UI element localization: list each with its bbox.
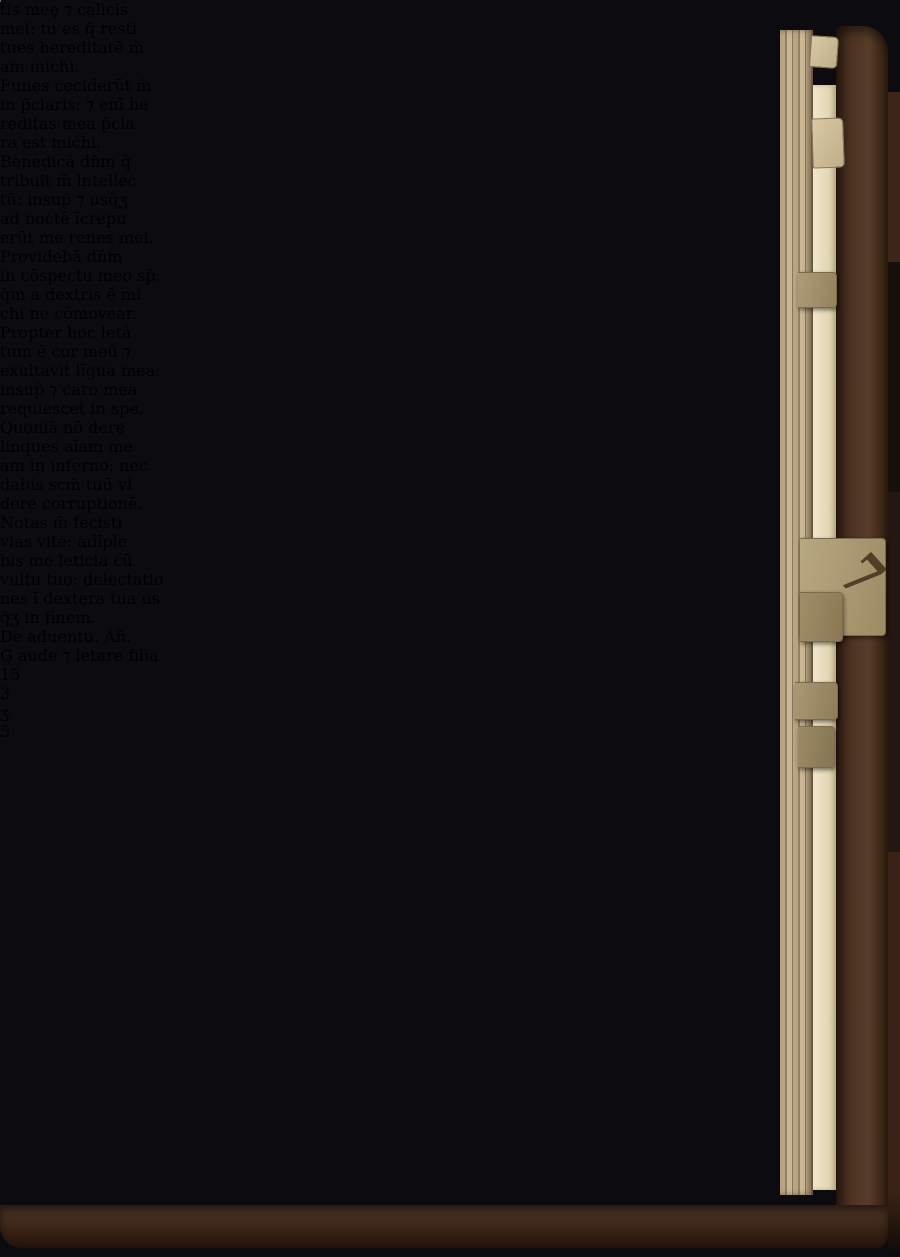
text-line: Propter hoc letā <box>0 323 900 342</box>
line-text: q̄m a dextris ē mi <box>0 285 141 304</box>
line-text: exultavit līgua mea: <box>0 361 161 380</box>
text-line: nes ī dextera tua us <box>0 589 900 608</box>
line-text: tribuit m̄ intellec <box>0 171 137 190</box>
line-text: vias vite: adīple <box>0 532 127 551</box>
line-text: linques aīam me <box>0 437 133 456</box>
text-column-left: tis meę ⁊ calicismei: tu es q̄ restitues… <box>0 0 900 342</box>
decorated-initial: Q <box>0 418 13 437</box>
folio-number: 15 <box>0 665 900 684</box>
decorated-initial: B <box>0 152 12 171</box>
text-line: tum ē cor meū ⁊ <box>0 342 900 361</box>
text-line: bis me leticia cū <box>0 551 900 570</box>
line-text: tues hereditatē m̄ <box>0 38 144 57</box>
text-line: Benedicā dn̄m q̄ <box>0 152 900 171</box>
decorated-initial: F <box>0 76 11 95</box>
line-text: otas m̄ fecisti <box>14 513 122 532</box>
text-line: in p̄claris: ⁊ enī he <box>0 95 900 114</box>
text-line: insup̄ ⁊ caro mea <box>0 380 900 399</box>
text-line: in cōspectu meo sp̄: <box>0 266 900 285</box>
margin-mark: 3 <box>0 684 900 703</box>
text-line: vultu tuo: delectatio <box>0 570 900 589</box>
text-line: am in inferno: nec <box>0 456 900 475</box>
initial-letter: Q <box>0 418 13 437</box>
line-text: dere corruptionē. <box>0 494 142 513</box>
index-tab <box>795 682 838 720</box>
text-column-right: tum ē cor meū ⁊exultavit līgua mea:insup… <box>0 342 900 627</box>
leather-cover-right <box>836 26 888 1248</box>
text-line: Providebā dn̄m <box>0 247 900 266</box>
decorated-initial: N <box>0 513 14 532</box>
text-line: erūt me renes mei. <box>0 228 900 247</box>
line-text: nes ī dextera tua us <box>0 589 160 608</box>
text-line: q̄ʒ in finem. <box>0 608 900 627</box>
line-text: erūt me renes mei. <box>0 228 154 247</box>
text-line: Notas m̄ fecisti <box>0 513 900 532</box>
line-text: bis me leticia cū <box>0 551 132 570</box>
line-text: tis meę ⁊ calicis <box>0 0 128 19</box>
text-line: q̄m a dextris ē mi <box>0 285 900 304</box>
line-text: mei: tu es q̄ resti <box>0 19 137 38</box>
line-text: requiescet in spe. <box>0 399 144 418</box>
line-text: vultu tuo: delectatio <box>0 570 164 589</box>
line-text: reditas mea p̄cla <box>0 114 135 133</box>
line-text: in cōspectu meo sp̄: <box>0 266 161 285</box>
line-text: q̄ʒ in finem. <box>0 608 96 627</box>
manuscript-photo: 7 tis meę ⁊ calicismei: tu es q̄ restitu… <box>0 0 900 1257</box>
text-line: am michi. <box>0 57 900 76</box>
text-line: tribuit m̄ intellec <box>0 171 900 190</box>
text-line: linques aīam me <box>0 437 900 456</box>
index-tab <box>798 726 835 768</box>
initial-letter: P <box>0 323 11 342</box>
margin-mark: 5 <box>0 722 900 741</box>
decorated-initial: P <box>0 247 11 266</box>
text-line: tis meę ⁊ calicis <box>0 0 900 19</box>
line-text: dabis scm̄ tuū vi <box>0 475 132 494</box>
line-text: insup̄ ⁊ caro mea <box>0 380 137 399</box>
initial-letter: B <box>0 152 12 171</box>
line-text: tum ē cor meū ⁊ <box>0 342 131 361</box>
text-line: dabis scm̄ tuū vi <box>0 475 900 494</box>
text-line: chi ne cōmovear. <box>0 304 900 323</box>
line-text: in p̄claris: ⁊ enī he <box>0 95 149 114</box>
text-line: tues hereditatē m̄ <box>0 38 900 57</box>
line-text: am in inferno: nec <box>0 456 148 475</box>
text-line: dere corruptionē. <box>0 494 900 513</box>
text-line: requiescet in spe. <box>0 399 900 418</box>
text-line: vias vite: adīple <box>0 532 900 551</box>
initial-letter: F <box>0 76 11 95</box>
leather-cover-bottom <box>0 1205 888 1248</box>
text-line: Quoniā nō dere <box>0 418 900 437</box>
page-corner-fragment <box>809 35 839 69</box>
line-text: uoniā nō dere <box>13 418 125 437</box>
chant-text: aude ⁊ letare filia <box>18 646 159 665</box>
line-text: tū: insup̄ ⁊ usq̄ʒ <box>0 190 127 209</box>
text-line: exultavit līgua mea: <box>0 361 900 380</box>
text-line: ad noctē īcrepu <box>0 209 900 228</box>
rubric: De aduentu. An̄. <box>0 627 900 646</box>
text-line: reditas mea p̄cla <box>0 114 900 133</box>
text-line: tū: insup̄ ⁊ usq̄ʒ <box>0 190 900 209</box>
chant-line: G aude ⁊ letare filia <box>0 646 900 665</box>
initial-letter: N <box>0 513 14 532</box>
line-text: rovidebā dn̄m <box>11 247 123 266</box>
line-text: ad noctē īcrepu <box>0 209 127 228</box>
index-tab <box>798 272 837 308</box>
text-line: mei: tu es q̄ resti <box>0 19 900 38</box>
page-corner-fragment <box>811 117 845 168</box>
text-line: Funes ceciderūt m̄ <box>0 76 900 95</box>
line-text: enedicā dn̄m q̄ <box>12 152 131 171</box>
line-text: am michi. <box>0 57 80 76</box>
initial-letter: P <box>0 247 11 266</box>
decorated-initial: P <box>0 323 11 342</box>
adjacent-board-edge <box>888 92 900 1252</box>
parchment-page: tis meę ⁊ calicismei: tu es q̄ restitues… <box>0 0 900 741</box>
line-text: unes ceciderūt m̄ <box>11 76 151 95</box>
margin-mark: ʒ <box>0 703 900 722</box>
line-text: ra est michi. <box>0 133 101 152</box>
index-tab-layer <box>800 592 843 642</box>
line-text: ropter hoc letā <box>11 323 132 342</box>
text-line: ra est michi. <box>0 133 900 152</box>
line-text: chi ne cōmovear. <box>0 304 137 323</box>
grand-initial-G: G <box>0 646 18 665</box>
